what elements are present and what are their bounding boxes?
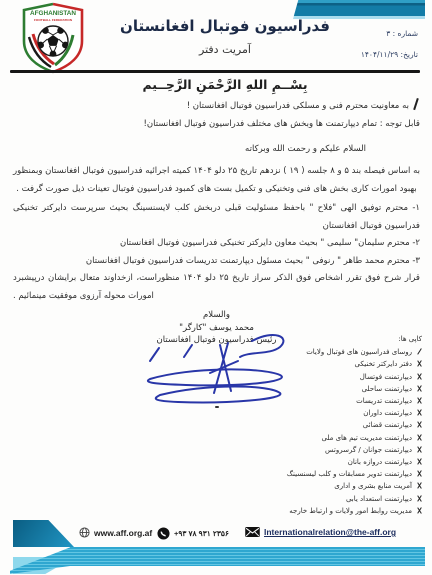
envelope-icon — [245, 527, 260, 537]
copy-list-item: دیپارتمنت دروازه بانان — [247, 456, 422, 468]
bismillah-calligraphy: بِسْــمِ اللهِ الرَّحْمَنِ الرَّحِــيم — [100, 77, 350, 92]
to-line: به معاونیت محترم فنی و مسلکی فدراسیون فو… — [10, 97, 420, 115]
salutation: السلام علیکم و رحمت الله وبرکاته — [245, 144, 366, 154]
closing-paragraph: قرار شرح فوق تقرر اشخاص فوق الذکر سراز ت… — [13, 270, 420, 305]
copy-list-item: دیپارتمنت داوران — [247, 407, 422, 419]
handwritten-x-mark — [416, 446, 422, 453]
copy-item-label: دفتر دایرکتر تخنیکی — [355, 360, 412, 368]
copy-item-label: دیپارتمنت داوران — [363, 409, 412, 417]
copy-list-item: مدیریت روابط امور ولایات و ارتباط خارجه — [247, 505, 422, 517]
appointment-item: ۲- محترم سلیمان" سلیمی " بحیث معاون دایر… — [13, 235, 420, 253]
footer-dark-wedge — [13, 520, 74, 547]
copy-item-label: آمریت منابع بشری و اداری — [334, 482, 412, 490]
footer-website: www.aff.org.af — [79, 527, 152, 538]
handwritten-x-mark — [416, 421, 422, 428]
letter-page: AFGHANISTAN FOOTBALL FEDERATION — [0, 0, 432, 575]
website-text: www.aff.org.af — [94, 528, 152, 538]
letter-date: تاریخ: ۱۴۰۴/۱۱/۲۹ — [361, 44, 418, 65]
copy-item-label: دیپارتمنت استعداد یابی — [346, 495, 412, 503]
copy-list-item: دیپارتمنت مدیریت تیم های ملی — [247, 432, 422, 444]
ref-block: شماره : ۳ تاریخ: ۱۴۰۴/۱۱/۲۹ — [361, 23, 418, 65]
copies-title: کاپی ها: — [247, 333, 422, 345]
copy-list-item: روسای فدراسیون های فوتبال ولایات — [247, 346, 422, 358]
svg-text:AFGHANISTAN: AFGHANISTAN — [30, 10, 76, 17]
aff-logo: AFGHANISTAN FOOTBALL FEDERATION — [16, 1, 90, 75]
appointments-list: ۱- محترم توفیق الهی "فلاح " باحفظ مسئولی… — [13, 200, 420, 270]
to-text: به معاونیت محترم فنی و مسلکی فدراسیون فو… — [187, 101, 409, 111]
letter-number: شماره : ۳ — [361, 23, 418, 44]
svg-text:FOOTBALL FEDERATION: FOOTBALL FEDERATION — [34, 18, 72, 22]
appointment-item: ۳- محترم محمد طاهر " رنوفی " بحیث مسئول … — [13, 253, 420, 271]
copy-list-item: دیپارتمنت فوتسال — [247, 371, 422, 383]
handwritten-x-mark — [416, 348, 422, 355]
copy-list-item: آمریت منابع بشری و اداری — [247, 480, 422, 492]
copies-section: کاپی ها: روسای فدراسیون های فوتبال ولایا… — [247, 333, 422, 517]
email-text: Internationalrelation@the-aff.org — [264, 527, 396, 537]
copy-list-item: دیپارتمنت تدریسات — [247, 395, 422, 407]
copy-list-item: دیپارتمنت ساحلی — [247, 383, 422, 395]
handwritten-x-mark — [416, 409, 422, 416]
copy-item-label: دیپارتمنت تدویر مسابقات و کلب لیسنسینگ — [287, 470, 412, 478]
copy-item-label: دیپارتمنت فوتسال — [360, 373, 412, 381]
copy-list-item: دیپارتمنت جوانان / گرسروتس — [247, 444, 422, 456]
org-name: فدراسیون فوتبال افغانستان — [110, 17, 340, 35]
copies-list: روسای فدراسیون های فوتبال ولایات دفتر دا… — [247, 346, 422, 517]
copy-list-item: دفتر دایرکتر تخنیکی — [247, 358, 422, 370]
footer-email: Internationalrelation@the-aff.org — [245, 527, 396, 537]
intro-paragraph: به اساس فیصله بند ۵ و ۸ جلسه ( ۱۹ ) نزده… — [13, 163, 420, 198]
copy-list-item: دیپارتمنت تدویر مسابقات و کلب لیسنسینگ — [247, 468, 422, 480]
copy-item-label: دیپارتمنت دروازه بانان — [348, 458, 412, 466]
phone-text: +۹۳ ۷۸ ۹۳۱ ۲۳۵۶ — [174, 529, 229, 538]
handwritten-x-mark — [416, 507, 422, 514]
handwritten-x-mark — [416, 373, 422, 380]
copy-item-label: دیپارتمنت مدیریت تیم های ملی — [321, 434, 412, 442]
appointment-item: ۱- محترم توفیق الهی "فلاح " باحفظ مسئولی… — [13, 200, 420, 235]
phone-icon — [157, 527, 170, 540]
handwritten-x-mark — [416, 495, 422, 502]
copy-list-item: دیپارتمنت استعداد یابی — [247, 493, 422, 505]
handwritten-x-mark — [416, 434, 422, 441]
handwritten-x-mark — [416, 470, 422, 477]
handwritten-x-mark — [416, 385, 422, 392]
handwritten-x-mark — [416, 458, 422, 465]
handwritten-x-mark — [416, 397, 422, 404]
handwritten-slash-mark — [411, 98, 420, 110]
footer-band — [70, 547, 425, 566]
handwritten-x-mark — [416, 360, 422, 367]
letter-body: به اساس فیصله بند ۵ و ۸ جلسه ( ۱۹ ) نزده… — [13, 163, 420, 347]
footer-phone: +۹۳ ۷۸ ۹۳۱ ۲۳۵۶ — [157, 527, 229, 540]
copy-item-label: مدیریت روابط امور ولایات و ارتباط خارجه — [289, 507, 412, 515]
copy-item-label: روسای فدراسیون های فوتبال ولایات — [306, 348, 412, 356]
globe-icon — [79, 527, 90, 538]
copy-item-label: دیپارتمنت تدریسات — [356, 397, 412, 405]
copy-item-label: دیپارتمنت ساحلی — [362, 385, 412, 393]
handwritten-x-mark — [416, 482, 422, 489]
addressee-block: به معاونیت محترم فنی و مسلکی فدراسیون فو… — [10, 97, 420, 133]
header-divider — [10, 70, 420, 73]
copy-item-label: دیپارتمنت جوانان / گرسروتس — [325, 446, 412, 454]
farewell: والسلام — [13, 309, 420, 322]
office-dept: آمریت دفتر — [110, 43, 340, 56]
attention-line: قابل توجه : تمام دیپارتمنت ها وبخش های م… — [10, 115, 420, 133]
federation-crest-icon: AFGHANISTAN FOOTBALL FEDERATION — [16, 1, 90, 75]
copy-list-item: دیپارتمنت قضائی — [247, 419, 422, 431]
copy-item-label: دیپارتمنت قضائی — [363, 421, 412, 429]
